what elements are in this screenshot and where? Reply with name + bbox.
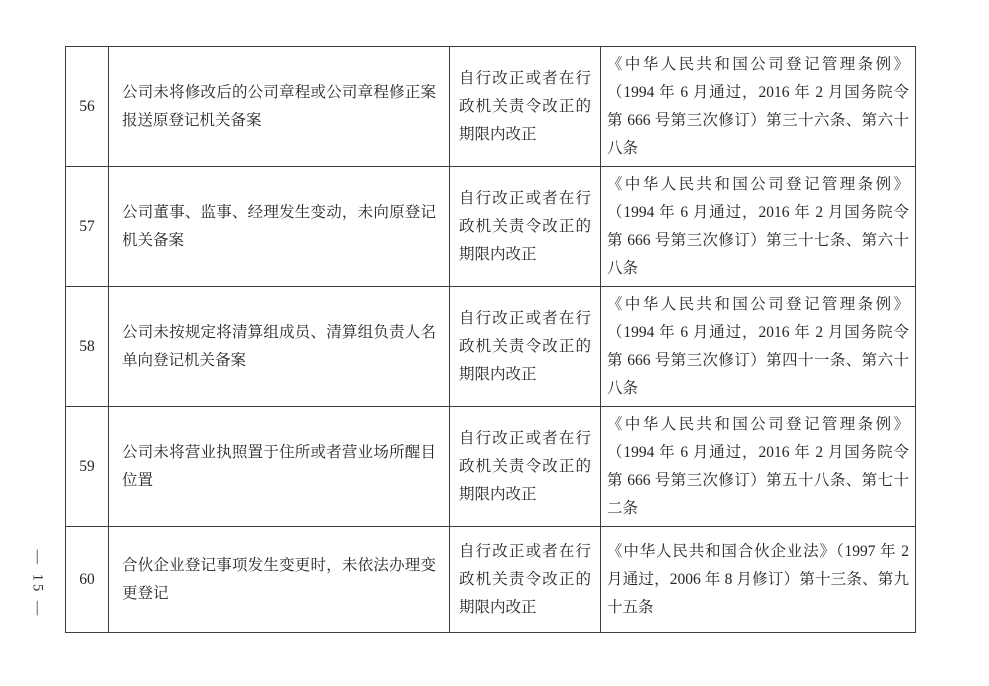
correction-cell: 自行改正或者在行政机关责令改正的期限内改正 [450, 287, 601, 407]
correction-cell: 自行改正或者在行政机关责令改正的期限内改正 [450, 47, 601, 167]
table-row: 56 公司未将修改后的公司章程或公司章程修正案报送原登记机关备案 自行改正或者在… [66, 47, 916, 167]
violation-cell: 公司未将营业执照置于住所或者营业场所醒目位置 [109, 407, 450, 527]
row-number-cell: 58 [66, 287, 109, 407]
table-row: 57 公司董事、监事、经理发生变动，未向原登记机关备案 自行改正或者在行政机关责… [66, 167, 916, 287]
violation-cell: 公司未将修改后的公司章程或公司章程修正案报送原登记机关备案 [109, 47, 450, 167]
page-number: — 15 — [29, 550, 46, 619]
violation-cell: 公司董事、监事、经理发生变动，未向原登记机关备案 [109, 167, 450, 287]
legal-basis-cell: 《中华人民共和国合伙企业法》（1997 年 2 月通过，2006 年 8 月修订… [601, 527, 916, 633]
table-row: 60 合伙企业登记事项发生变更时，未依法办理变更登记 自行改正或者在行政机关责令… [66, 527, 916, 633]
row-number-cell: 60 [66, 527, 109, 633]
document-page: — 15 — 56 公司未将修改后的公司章程或公司章程修正案报送原登记机关备案 … [0, 0, 989, 686]
correction-cell: 自行改正或者在行政机关责令改正的期限内改正 [450, 167, 601, 287]
row-number-cell: 57 [66, 167, 109, 287]
correction-cell: 自行改正或者在行政机关责令改正的期限内改正 [450, 407, 601, 527]
legal-basis-cell: 《中华人民共和国公司登记管理条例》（1994 年 6 月通过，2016 年 2 … [601, 407, 916, 527]
table-row: 58 公司未按规定将清算组成员、清算组负责人名单向登记机关备案 自行改正或者在行… [66, 287, 916, 407]
regulation-table: 56 公司未将修改后的公司章程或公司章程修正案报送原登记机关备案 自行改正或者在… [65, 46, 916, 633]
legal-basis-cell: 《中华人民共和国公司登记管理条例》（1994 年 6 月通过，2016 年 2 … [601, 167, 916, 287]
violation-cell: 合伙企业登记事项发生变更时，未依法办理变更登记 [109, 527, 450, 633]
table-row: 59 公司未将营业执照置于住所或者营业场所醒目位置 自行改正或者在行政机关责令改… [66, 407, 916, 527]
row-number-cell: 56 [66, 47, 109, 167]
correction-cell: 自行改正或者在行政机关责令改正的期限内改正 [450, 527, 601, 633]
violation-cell: 公司未按规定将清算组成员、清算组负责人名单向登记机关备案 [109, 287, 450, 407]
legal-basis-cell: 《中华人民共和国公司登记管理条例》（1994 年 6 月通过，2016 年 2 … [601, 287, 916, 407]
legal-basis-cell: 《中华人民共和国公司登记管理条例》（1994 年 6 月通过，2016 年 2 … [601, 47, 916, 167]
row-number-cell: 59 [66, 407, 109, 527]
